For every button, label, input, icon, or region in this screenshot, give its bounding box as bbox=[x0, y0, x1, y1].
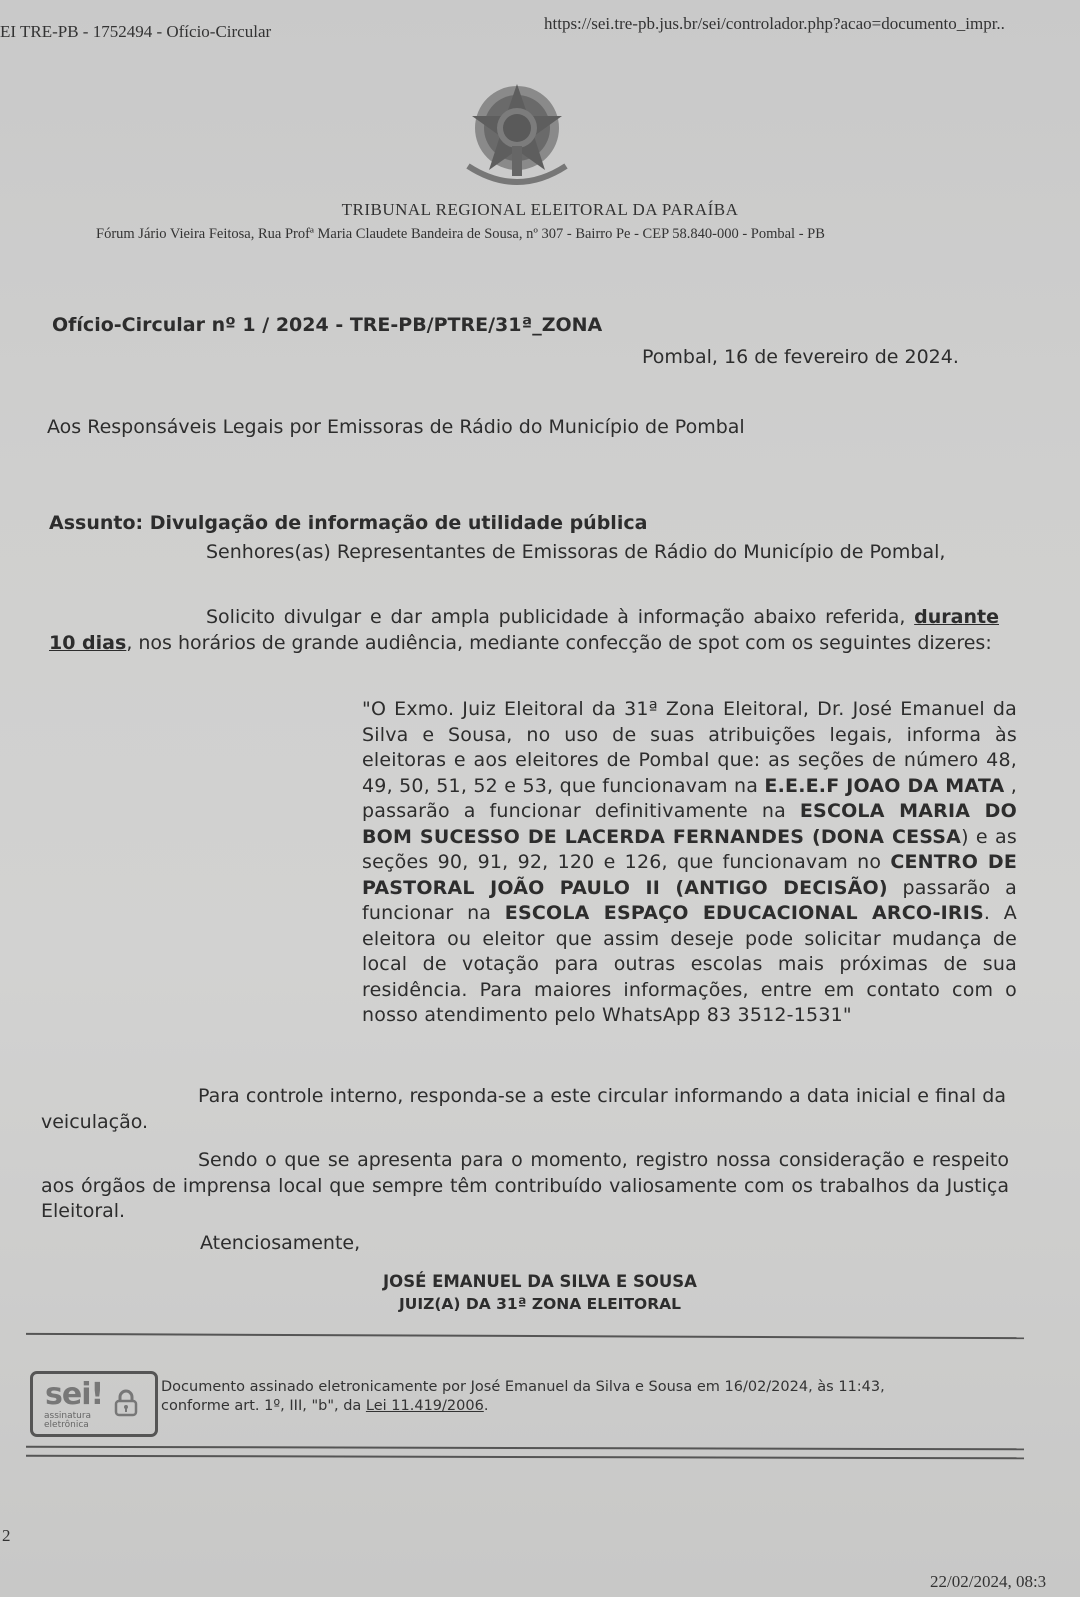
addressee: Aos Responsáveis Legais por Emissoras de… bbox=[47, 416, 745, 438]
print-header-document-id: EI TRE-PB - 1752494 - Ofício-Circular bbox=[0, 22, 271, 42]
sei-logo: sei! bbox=[45, 1377, 103, 1412]
signature-note-line2: conforme art. 1º, III, "b", da Lei 11.41… bbox=[161, 1397, 885, 1416]
divider bbox=[26, 1455, 1024, 1460]
sei-caption-line2: eletrônica bbox=[44, 1420, 89, 1430]
signature-note-line1: Documento assinado eletronicamente por J… bbox=[161, 1378, 885, 1397]
law-link[interactable]: Lei 11.419/2006 bbox=[366, 1398, 484, 1414]
quote-old-school-1: E.E.E.F JOAO DA MATA bbox=[764, 775, 1004, 797]
page-number: 2 bbox=[2, 1526, 11, 1546]
document-number: Ofício-Circular nº 1 / 2024 - TRE-PB/PTR… bbox=[52, 314, 602, 336]
subject-line: Assunto: Divulgação de informação de uti… bbox=[49, 512, 647, 534]
brazil-coat-of-arms-icon bbox=[462, 76, 572, 192]
print-timestamp: 22/02/2024, 08:3 bbox=[930, 1572, 1046, 1592]
sei-signature-badge: sei! assinaturaeletrônica bbox=[30, 1371, 158, 1437]
signer-name: JOSÉ EMANUEL DA SILVA E SOUSA bbox=[0, 1272, 1080, 1291]
request-paragraph: Solicito divulgar e dar ampla publicidad… bbox=[49, 605, 999, 656]
salutation-paragraph: Senhores(as) Representantes de Emissoras… bbox=[49, 540, 999, 566]
signature-note-suffix: . bbox=[484, 1398, 489, 1414]
closing: Atenciosamente, bbox=[200, 1232, 360, 1254]
organization-address: Fórum Jário Vieira Feitosa, Rua Profª Ma… bbox=[96, 226, 825, 243]
internal-control-paragraph: Para controle interno, responda-se a est… bbox=[41, 1084, 1006, 1135]
request-text-start: Solicito divulgar e dar ampla publicidad… bbox=[206, 606, 914, 628]
signature-note-prefix: conforme art. 1º, III, "b", da bbox=[161, 1398, 366, 1414]
request-text-end: , nos horários de grande audiência, medi… bbox=[126, 632, 991, 654]
padlock-icon bbox=[114, 1389, 138, 1417]
electronic-signature-note: Documento assinado eletronicamente por J… bbox=[161, 1378, 885, 1416]
organization-name: TRIBUNAL REGIONAL ELEITORAL DA PARAÍBA bbox=[0, 200, 1080, 220]
regards-paragraph: Sendo o que se apresenta para o momento,… bbox=[41, 1148, 1009, 1225]
print-header-url: https://sei.tre-pb.jus.br/sei/controlado… bbox=[544, 14, 1005, 34]
sei-badge-caption: assinaturaeletrônica bbox=[44, 1412, 91, 1430]
quote-new-school-2: ESCOLA ESPAÇO EDUCACIONAL ARCO-IRIS bbox=[505, 902, 984, 924]
divider bbox=[26, 1333, 1024, 1339]
document-date: Pombal, 16 de fevereiro de 2024. bbox=[642, 346, 959, 368]
spot-quote: "O Exmo. Juiz Eleitoral da 31ª Zona Elei… bbox=[362, 697, 1017, 1029]
divider bbox=[26, 1446, 1024, 1451]
signer-role: JUIZ(A) DA 31ª ZONA ELEITORAL bbox=[0, 1295, 1080, 1313]
